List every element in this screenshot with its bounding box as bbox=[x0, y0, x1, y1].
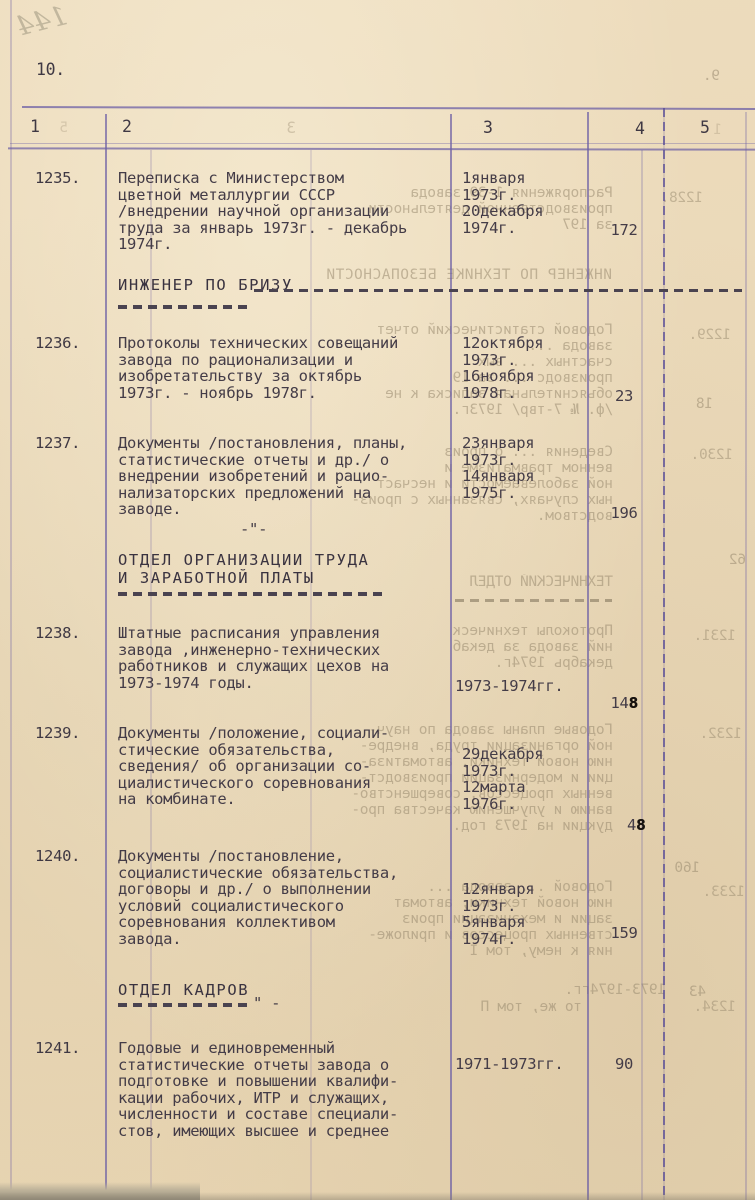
section-underline-dash-rule bbox=[118, 305, 250, 309]
entry-description: Штатные расписания управления завода ,ин… bbox=[118, 625, 458, 691]
entry-description: Документы /постановления, планы, статист… bbox=[118, 435, 458, 518]
entry-sheet-count: 196 bbox=[588, 505, 660, 522]
entry-description: Документы /положение, социали- стические… bbox=[118, 725, 458, 808]
entry-description: Протоколы технических совещаний завода п… bbox=[118, 335, 458, 401]
entry-date-span: 1971-1973гг. bbox=[455, 1056, 585, 1073]
entry-number: 1241. bbox=[35, 1040, 80, 1057]
section-underline-dash-rule bbox=[118, 592, 388, 596]
column-header-3: 3 bbox=[483, 120, 493, 137]
entry-dates: 1января 1973г. 20декабря 1974г. bbox=[462, 170, 587, 236]
entry-sheet-count: 159 bbox=[588, 925, 660, 942]
scan-bottom-edge bbox=[0, 1192, 755, 1200]
ditto-mark: " - bbox=[253, 995, 280, 1012]
entry-number: 1237. bbox=[35, 435, 80, 452]
entry-sheet-count: 172 bbox=[588, 222, 660, 239]
ditto-mark: -"- bbox=[240, 521, 267, 538]
entry-sheet-count: 148 bbox=[588, 678, 660, 711]
count-overstruck-digit: 8 bbox=[636, 816, 645, 834]
column-header-1: 1 bbox=[30, 119, 40, 136]
entry-sheet-count: 90 bbox=[588, 1056, 660, 1073]
entry-dates: 12октября 1973г. 16ноября 1978г. bbox=[462, 335, 587, 401]
column-header-2: 2 bbox=[122, 119, 132, 136]
entry-number: 1235. bbox=[35, 170, 80, 187]
entry-date-span: 1973-1974гг. bbox=[455, 678, 580, 695]
entry-sheet-count: 23 bbox=[588, 388, 660, 405]
scanned-archive-inventory-page: { "page": { "number": "10.", "colors": {… bbox=[0, 0, 755, 1200]
section-underline-dash-rule bbox=[118, 1003, 250, 1007]
entry-number: 1236. bbox=[35, 335, 80, 352]
column-header-5: 5 bbox=[700, 120, 710, 137]
entry-number: 1238. bbox=[35, 625, 80, 642]
entry-dates: 23января 1973г. 14января 1975г. bbox=[462, 435, 587, 501]
entry-dates: 29декабря 1973г. 12марта 1976г. bbox=[462, 746, 587, 812]
column-header-4: 4 bbox=[635, 121, 645, 138]
section-title: ОТДЕЛ КАДРОВ bbox=[118, 981, 249, 999]
count-value: 14 bbox=[610, 694, 628, 712]
entry-description: Годовые и единовременный статистические … bbox=[118, 1040, 458, 1139]
count-value: 4 bbox=[627, 816, 636, 834]
entry-sheet-count: 48 bbox=[600, 800, 672, 833]
entry-dates: 12января 1973г. 5января 1974г. bbox=[462, 881, 587, 947]
entry-description: Документы /постановление, социалистическ… bbox=[118, 848, 458, 947]
entry-number: 1240. bbox=[35, 848, 80, 865]
section-title: ОТДЕЛ ОРГАНИЗАЦИИ ТРУДА И ЗАРАБОТНОЙ ПЛА… bbox=[118, 551, 369, 587]
typed-content-layer: 10. 1 2 3 4 5 1235. Переписка с Министер… bbox=[0, 0, 755, 1200]
entry-description: Переписка с Министерством цветной металл… bbox=[118, 170, 458, 253]
page-number: 10. bbox=[36, 62, 65, 79]
entry-number: 1239. bbox=[35, 725, 80, 742]
count-overstruck-digit: 8 bbox=[629, 694, 638, 712]
section-trailing-dash-rule bbox=[254, 289, 742, 292]
